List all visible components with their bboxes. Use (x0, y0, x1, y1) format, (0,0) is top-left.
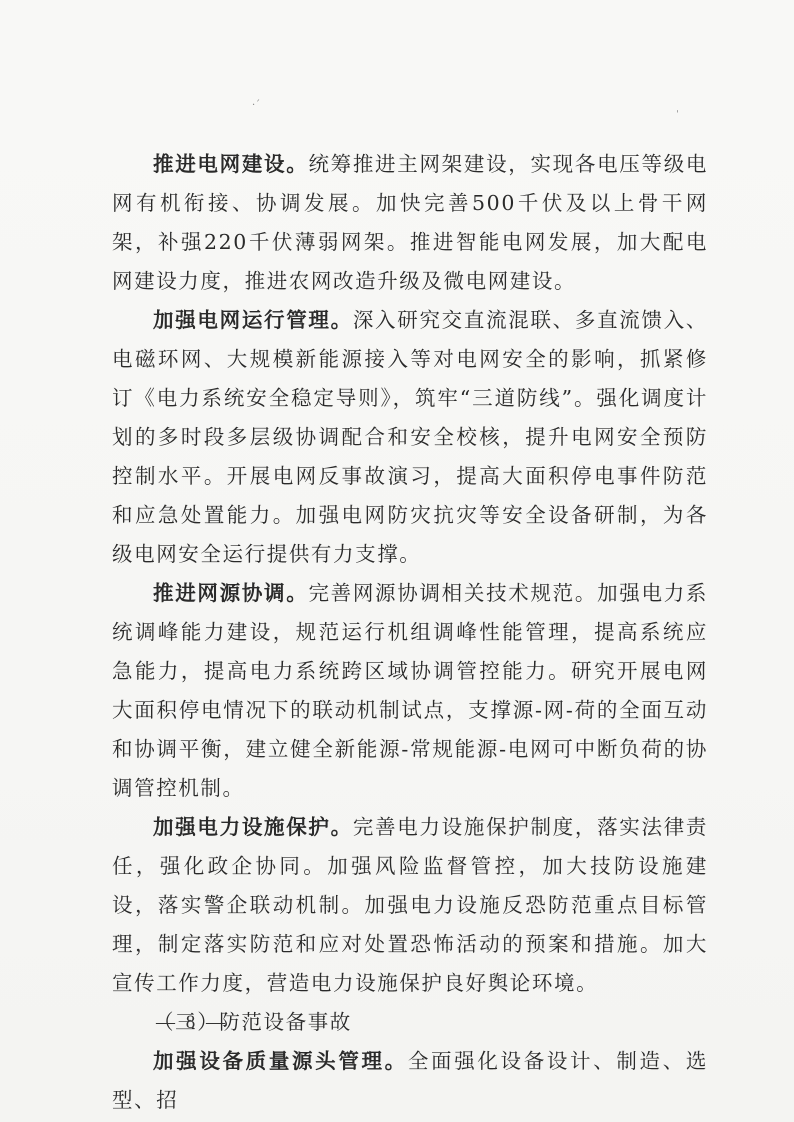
paragraph-equipment-quality: 加强设备质量源头管理。全面强化设备设计、制造、选型、招 (112, 1042, 708, 1120)
scan-artifact-mark: ·ˊ (252, 100, 260, 111)
scan-artifact-mark: ˌ (676, 103, 679, 114)
paragraph-text: 完善电力设施保护制度，落实法律责任，强化政企协同。加强风险监督管控，加大技防设施… (112, 815, 708, 995)
scanned-page: ·ˊ ˌ 推进电网建设。统筹推进主网架建设，实现各电压等级电网有机衔接、协调发展… (0, 0, 794, 1122)
paragraph-lead: 加强设备质量源头管理。 (153, 1049, 408, 1073)
paragraph-lead: 加强电力设施保护。 (153, 815, 353, 839)
paragraph-text: 深入研究交直流混联、多直流馈入、电磁环网、大规模新能源接入等对电网安全的影响，抓… (112, 308, 708, 566)
paragraph-grid-source-coordination: 推进网源协调。完善网源协调相关技术规范。加强电力系统调峰能力建设，规范运行机组调… (112, 574, 708, 808)
paragraph-grid-construction: 推进电网建设。统筹推进主网架建设，实现各电压等级电网有机衔接、协调发展。加快完善… (112, 145, 708, 301)
page-number: — 8 — (156, 1012, 228, 1034)
paragraph-lead: 推进网源协调。 (153, 581, 308, 605)
paragraph-grid-operation: 加强电网运行管理。深入研究交直流混联、多直流馈入、电磁环网、大规模新能源接入等对… (112, 301, 708, 574)
document-body: 推进电网建设。统筹推进主网架建设，实现各电压等级电网有机衔接、协调发展。加快完善… (112, 145, 708, 1120)
paragraph-lead: 推进电网建设。 (153, 152, 308, 176)
paragraph-lead: 加强电网运行管理。 (153, 308, 353, 332)
paragraph-text: 完善网源协调相关技术规范。加强电力系统调峰能力建设，规范运行机组调峰性能管理，提… (112, 581, 708, 800)
paragraph-facility-protection: 加强电力设施保护。完善电力设施保护制度，落实法律责任，强化政企协同。加强风险监督… (112, 808, 708, 1003)
